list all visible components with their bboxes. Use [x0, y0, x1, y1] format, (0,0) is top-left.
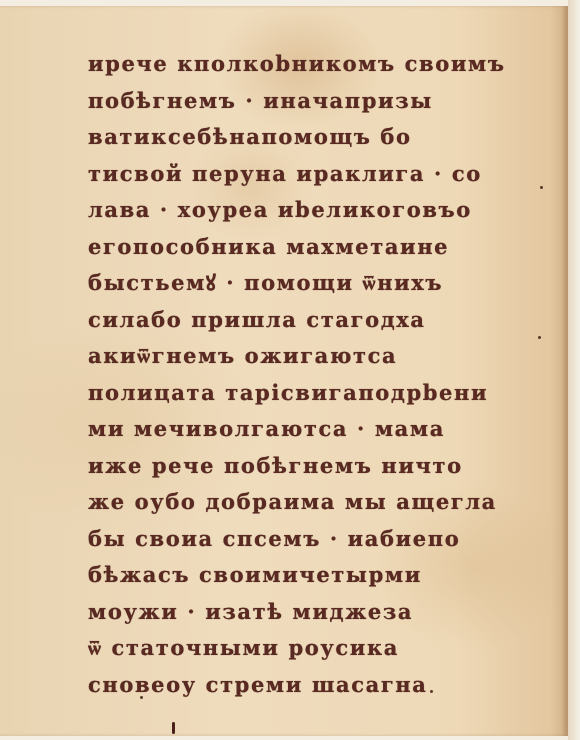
manuscript-page: ирече кполкоbникомъ своимъ побѣгнемъ · и…: [0, 6, 568, 736]
text-line: тисвой перуна ираклига · со: [88, 156, 548, 193]
text-line: же оубо добраима мы ащеглa: [88, 484, 548, 521]
text-line: ватиксебѣнапомощъ бо: [88, 119, 548, 156]
text-line: силабо пришла стагодха: [88, 302, 548, 339]
text-line: быстьемꙋ · помощи ѿниxъ: [88, 265, 548, 302]
text-line: ѿ статочными роусикa: [88, 630, 548, 667]
text-line: бѣжасъ своимичетырми: [88, 557, 548, 594]
text-line: лава · хоуреа иbеликоговъо: [88, 192, 548, 229]
ink-speck: [430, 690, 433, 693]
page-edge: [568, 0, 580, 740]
manuscript-text: ирече кполкоbникомъ своимъ побѣгнемъ · и…: [88, 46, 548, 703]
text-line: иже рече побѣгнемъ ничто: [88, 448, 548, 485]
text-line: моужи · изатѣ миджеза: [88, 594, 548, 631]
text-line: акиѿгнемъ ожигаютса: [88, 338, 548, 375]
ink-speck: [140, 696, 143, 699]
text-line: ми мечиволгаютса · мама: [88, 411, 548, 448]
text-line: побѣгнемъ · иначапризы: [88, 83, 548, 120]
text-line: егопособника махметаине: [88, 229, 548, 266]
ink-speck: [538, 336, 541, 339]
text-line: сновеоу стреми шасагна: [88, 667, 548, 704]
ink-speck: [540, 186, 543, 189]
text-line: бы своиa спсемъ · иабиепо: [88, 521, 548, 558]
text-line: ирече кполкоbникомъ своимъ: [88, 46, 548, 83]
folio-mark: [172, 722, 175, 734]
text-line: полицата тарiсвигаподрbени: [88, 375, 548, 412]
